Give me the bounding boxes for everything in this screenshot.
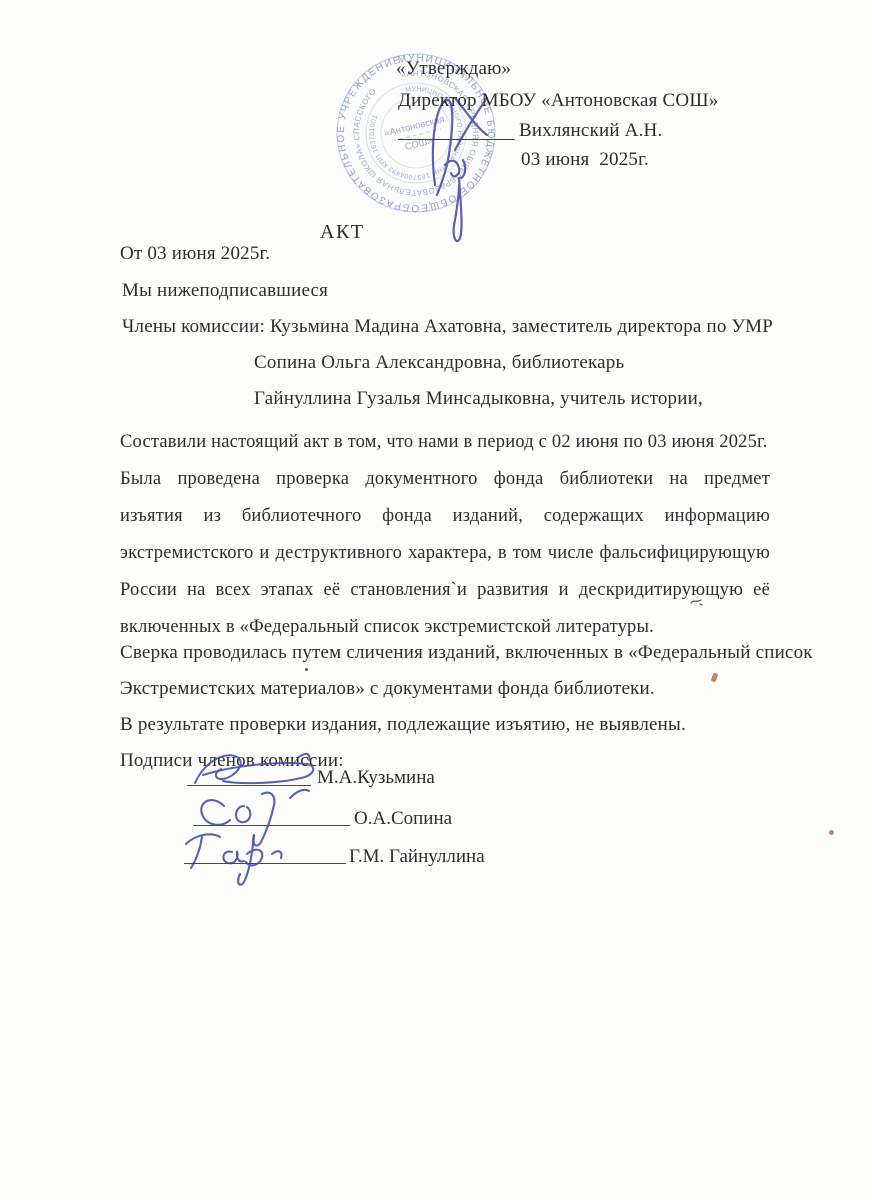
- body-line-1: Составили настоящий акт в том, что нами …: [120, 424, 770, 461]
- gaynullina-name: Г.М. Гайнуллина: [349, 845, 485, 869]
- signature-row-gaynullina: Г.М. Гайнуллина: [178, 826, 578, 888]
- commission-member-3: Гайнуллина Гузалья Минсадыковна, учитель…: [254, 387, 703, 411]
- approve-date: 03 июня 2025г.: [521, 148, 649, 172]
- director-title: Директор МБОУ «Антоновская СОШ»: [398, 89, 718, 113]
- verification-line-3: В результате проверки издания, подлежащи…: [120, 713, 686, 737]
- brown-dot-speck: [829, 830, 834, 835]
- act-date-line: От 03 июня 2025г.: [120, 242, 270, 266]
- approve-label: «Утверждаю»: [396, 57, 511, 81]
- commission-member-1: Кузьмина Мадина Ахатовна, заместитель ди…: [270, 316, 773, 337]
- director-name: Вихлянский А.Н.: [519, 119, 662, 143]
- body-line-2: Была проведена проверка документного фон…: [120, 461, 770, 498]
- intro-line: Мы нижеподписавшиеся: [122, 279, 328, 303]
- verification-line-2: Экстремистских материалов» с документами…: [120, 677, 655, 701]
- commission-member-2: Сопина Ольга Александровна, библиотекарь: [254, 351, 624, 375]
- commission-label: Члены комиссии:: [122, 316, 265, 337]
- gaynullina-signature: [178, 824, 328, 888]
- body-line-5: России на всех этапах её становления`и р…: [120, 572, 770, 609]
- body-line-3: изъятия из библиотечного фонда изданий, …: [120, 498, 770, 535]
- act-body: Составили настоящий акт в том, что нами …: [120, 424, 770, 646]
- act-title: АКТ: [320, 220, 365, 244]
- red-ink-speck: [710, 672, 718, 682]
- body-line-4: экстремистского и деструктивного характе…: [120, 535, 770, 572]
- director-signature-line: [398, 139, 515, 140]
- verification-line-1: Сверка проводилась путем сличения издани…: [120, 641, 813, 665]
- document-page: МУНИЦИПАЛЬНОЕ БЮДЖЕТНОЕ ОБЩЕОБРАЗОВАТЕЛЬ…: [0, 0, 872, 1200]
- small-dot-speck: [305, 668, 308, 671]
- pen-tilde-mark: [690, 598, 704, 606]
- gaynullina-signature-line: [184, 863, 346, 864]
- commission-line: Члены комиссии: Кузьмина Мадина Ахатовна…: [122, 315, 773, 339]
